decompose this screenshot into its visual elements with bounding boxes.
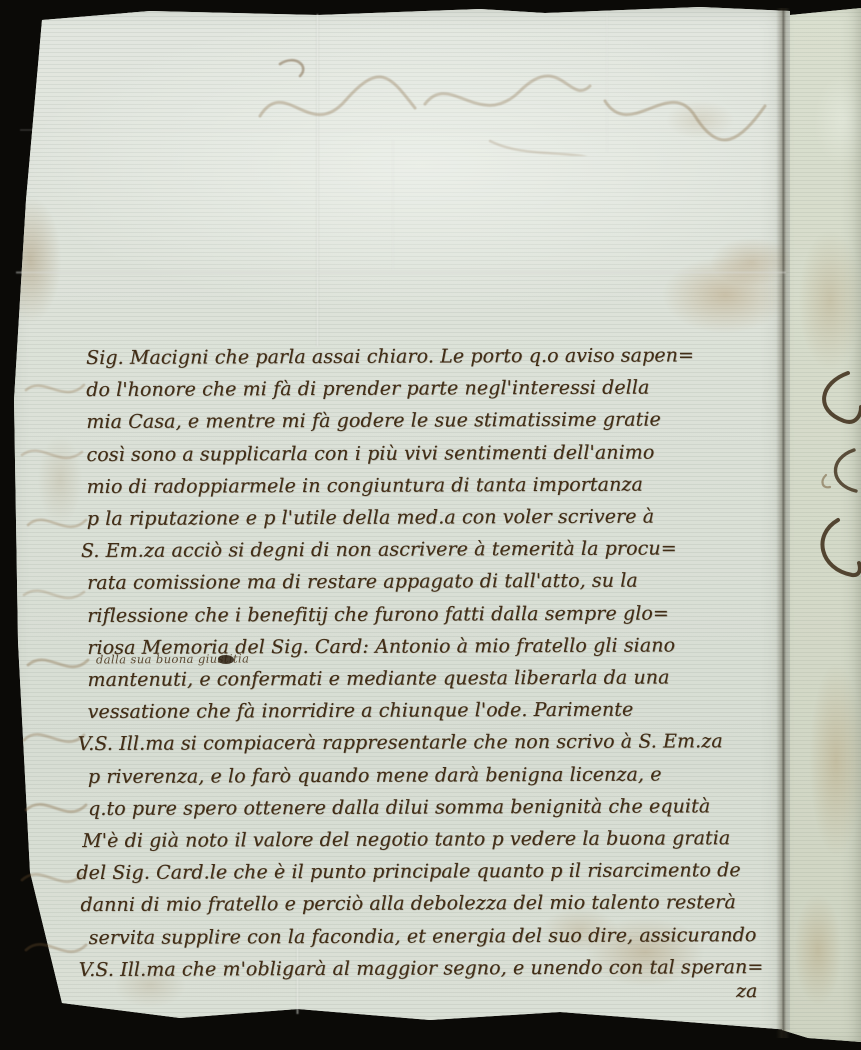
ink-stroke (824, 373, 861, 422)
manuscript-line: V.S. Ill.ma che m'obligarà al maggior se… (79, 951, 789, 986)
manuscript-line: V.S. Ill.ma si compiacerà rappresentarle… (78, 725, 788, 760)
manuscript-line: servita supplire con la facondia, et ene… (89, 919, 789, 954)
manuscript-line: S. Em.za acciò si degni di non ascrivere… (81, 532, 787, 567)
bleedthrough-marks-top (240, 46, 780, 156)
manuscript-line: mio di radoppiarmele in congiuntura di t… (87, 468, 787, 503)
manuscript-line: riflessione che i benefitij che furono f… (87, 597, 787, 632)
manuscript-line: p la riputazione e p l'utile della med.a… (87, 500, 787, 535)
ghost-stroke (24, 734, 84, 741)
ghost-stroke (26, 944, 86, 951)
manuscript-line: mantenuti, e confermati e mediante quest… (87, 661, 787, 696)
horizontal-fold-line (16, 271, 786, 274)
manuscript-line: del Sig. Card.le che è il punto principa… (76, 854, 788, 889)
manuscript-line: q.to pure spero ottenere dalla dilui som… (88, 790, 788, 825)
adjacent-page-ink-strokes (786, 355, 861, 605)
manuscript-letter-photo: Sig. Macigni che parla assai chiaro. Le … (0, 0, 861, 1050)
ghost-stroke (280, 60, 303, 76)
ghost-stroke (260, 77, 415, 116)
manuscript-line: danni di mio fratello e perciò alla debo… (80, 886, 788, 921)
ghost-stroke (28, 520, 86, 527)
ink-stroke (822, 520, 859, 575)
ghost-stroke (26, 804, 86, 811)
manuscript-line: do l'honore che mi fà di prender parte n… (86, 371, 786, 406)
manuscript-line: p riverenza, e lo farò quando mene darà … (88, 758, 788, 793)
ghost-stroke (28, 660, 88, 667)
insertion-blot (218, 655, 234, 664)
ink-stroke (835, 450, 856, 491)
ghost-stroke (26, 385, 84, 392)
manuscript-line: così sono a supplicarla con i più vivi s… (86, 436, 786, 471)
ghost-stroke (425, 76, 590, 105)
ghost-stroke (605, 101, 765, 140)
manuscript-line: rata comissione ma di restare appagato d… (87, 564, 787, 599)
ink-stroke (823, 475, 830, 487)
ghost-stroke (22, 451, 82, 458)
ghost-stroke (22, 874, 82, 881)
manuscript-line: Sig. Macigni che parla assai chiaro. Le … (86, 339, 786, 374)
manuscript-line: M'è di già noto il valore del negotio ta… (82, 822, 788, 857)
ghost-stroke (490, 141, 610, 156)
manuscript-line: mia Casa, e mentre mi fà godere le sue s… (86, 403, 786, 438)
catchword: za (736, 980, 757, 1002)
vertical-crease-upper-mid (392, 140, 394, 270)
manuscript-line: vessatione che fà inorridire a chiunque … (88, 693, 788, 728)
ghost-stroke (24, 591, 84, 598)
